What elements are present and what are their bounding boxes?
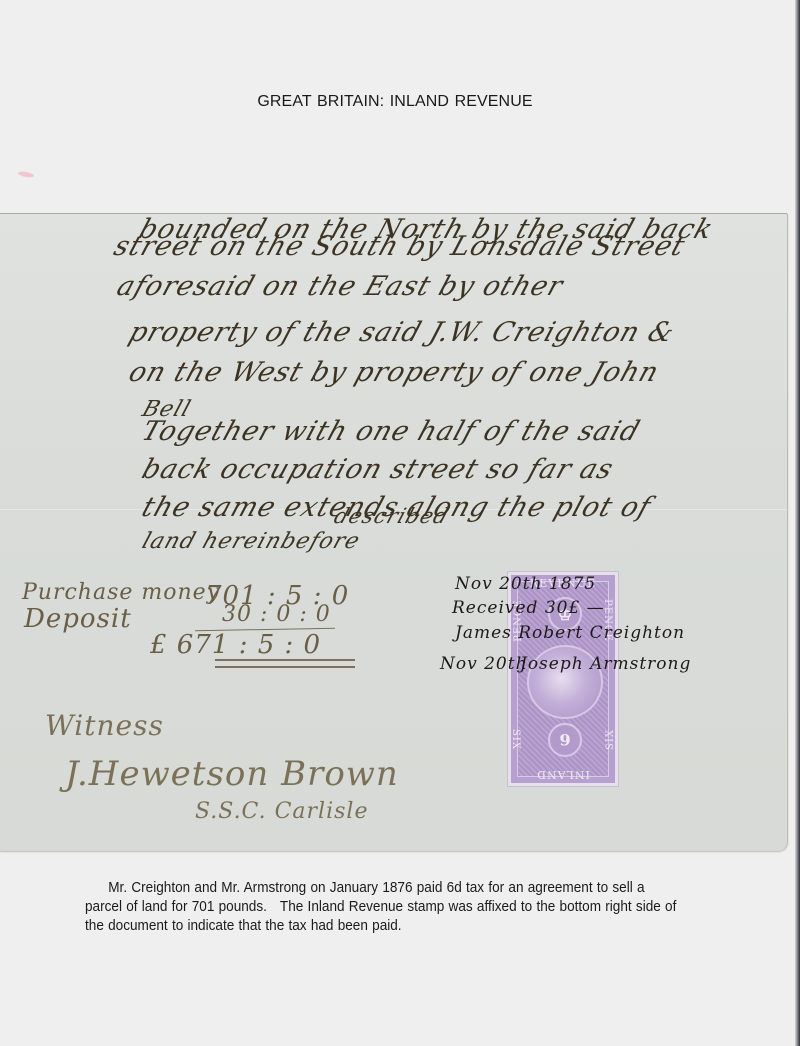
stamp-bottom-text: INLAND	[511, 768, 615, 781]
handwritten-line-3: aforesaid on the East by other	[113, 271, 567, 302]
receipt-signature-creighton: James Robert Creighton	[455, 623, 685, 643]
witness-label: Witness	[45, 709, 164, 742]
handwritten-line-7: Together with one half of the said	[138, 416, 644, 447]
witness-signature: J.Hewetson Brown	[65, 754, 399, 794]
ledger-total-double-underline	[215, 659, 355, 668]
handwritten-line-2: street on the South by Lonsdale Street	[110, 231, 689, 262]
handwritten-line-5: on the West by property of one John	[125, 357, 663, 388]
ledger-deposit-label: Deposit	[24, 604, 132, 634]
handwritten-line-4: property of the said J.W. Creighton &	[125, 317, 679, 348]
receipt-date: Nov 20th 1875	[455, 574, 596, 594]
witness-title: S.S.C. Carlisle	[195, 799, 368, 824]
page-edge-strip	[795, 0, 800, 1046]
ledger-deposit-value: 30 : 0 : 0	[222, 602, 331, 627]
historic-document: bounded on the North by the said back st…	[0, 213, 788, 852]
handwritten-line-11: described	[331, 504, 452, 528]
page-title: GREAT BRITAIN: INLAND REVENUE	[0, 93, 790, 111]
stamp-side-value-left: SIX	[510, 729, 521, 750]
stamp-side-value-right: SIX	[605, 729, 616, 750]
handwritten-line-8: back occupation street so far as	[138, 454, 618, 485]
receipt-date-2: Nov 20th	[440, 654, 528, 674]
ledger-total-value: £ 671 : 5 : 0	[150, 630, 321, 660]
ledger-purchase-label: Purchase money	[22, 580, 220, 605]
handwritten-line-10: land hereinbefore	[139, 529, 363, 554]
receipt-signature-armstrong: Joseph Armstrong	[520, 654, 691, 674]
receipt-received: Received 30£ —	[452, 598, 605, 618]
caption-text: Mr. Creighton and Mr. Armstrong on Janua…	[85, 879, 680, 936]
pink-smudge-mark	[18, 171, 35, 179]
stamp-value-circle: 6	[548, 723, 582, 757]
